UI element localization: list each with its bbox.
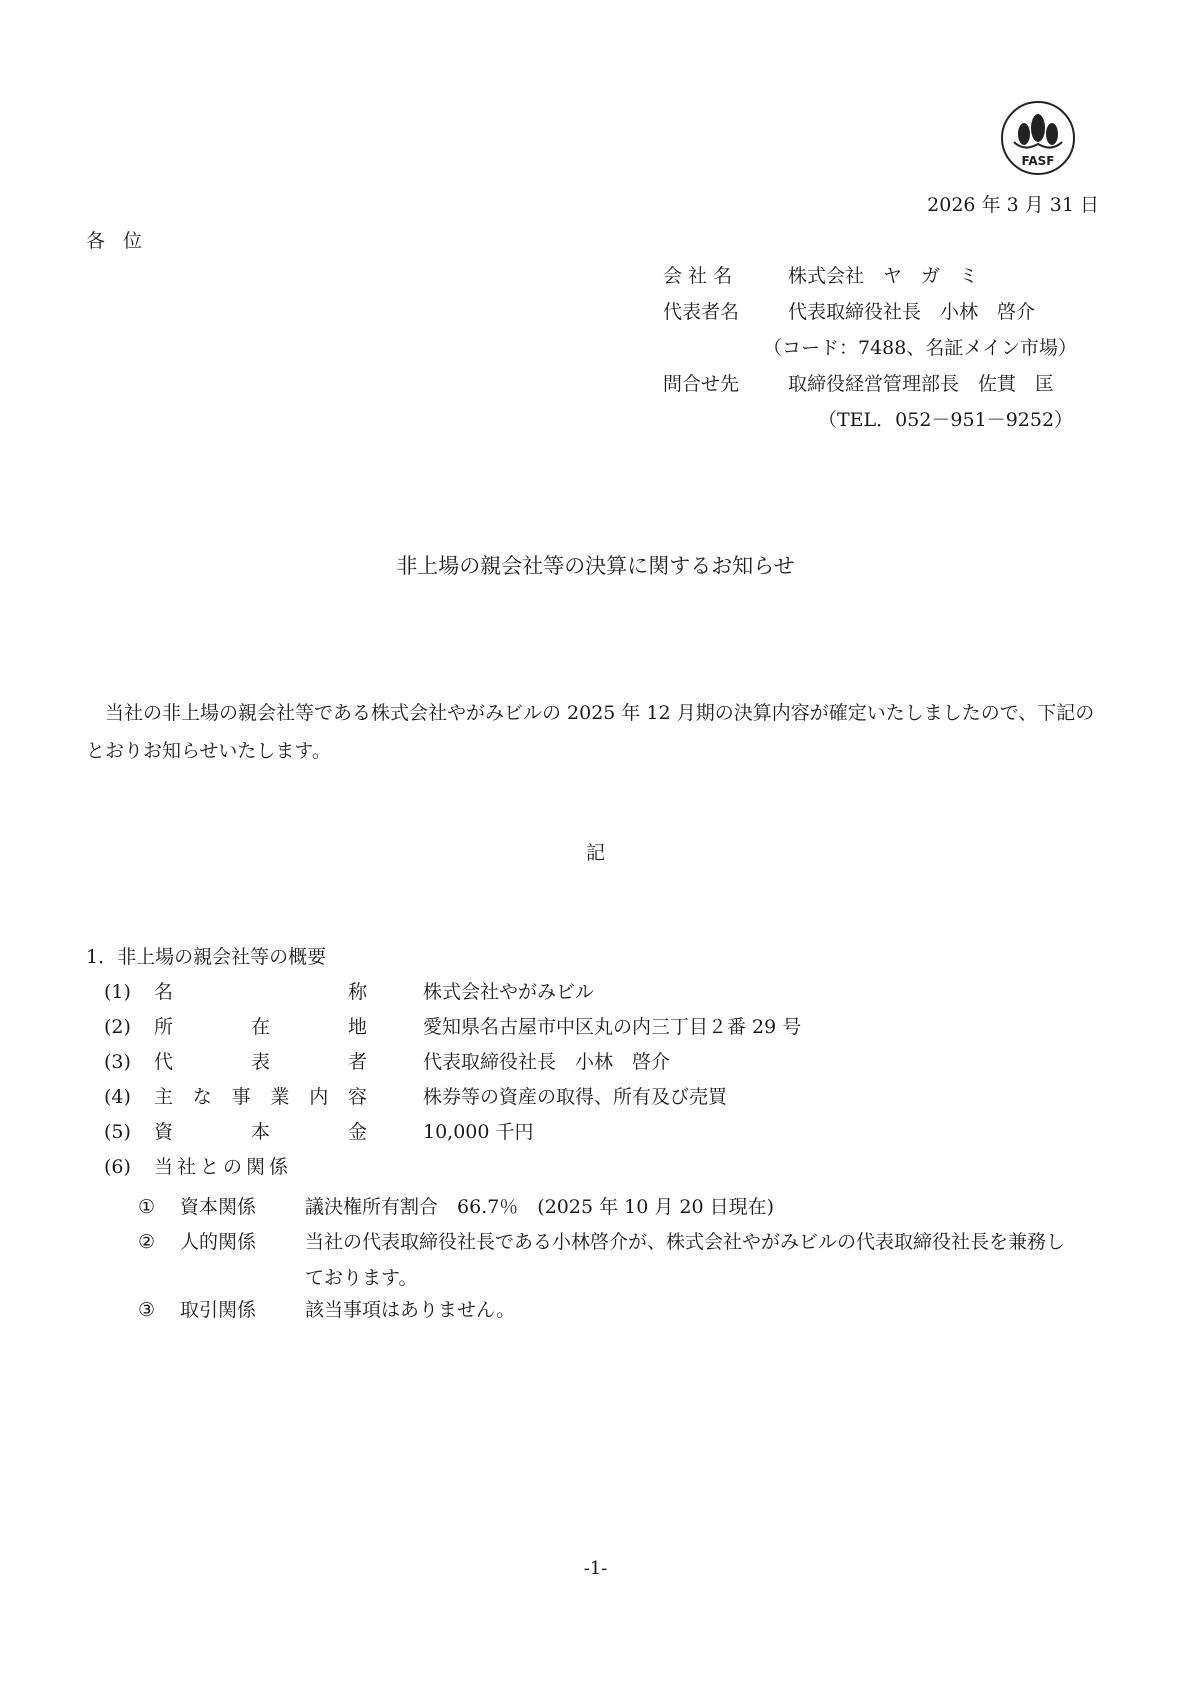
- sender-value: （コード：7488、名証メイン市場）: [763, 334, 1077, 370]
- item-label: 主 な 事 業 内 容: [154, 1083, 367, 1118]
- label-char: 本: [251, 1118, 270, 1153]
- fasf-member-logo-icon: FASF: [1000, 100, 1076, 176]
- subitem-label: 取引関係: [180, 1296, 305, 1331]
- document-date: 2026 年 3 月 31 日: [927, 190, 1099, 217]
- label-char: 容: [348, 1083, 367, 1118]
- item-number: (4): [104, 1083, 154, 1118]
- label-char: 業: [270, 1083, 289, 1118]
- item-number: (6): [104, 1153, 154, 1188]
- label-char: な: [193, 1083, 212, 1118]
- item-label: 当社との関係: [154, 1153, 454, 1188]
- sender-label: [663, 406, 818, 442]
- sender-value: 代表取締役社長 小林 啓介: [788, 298, 1035, 334]
- item-number: (3): [104, 1048, 154, 1083]
- item-value: 株式会社やがみビル: [423, 978, 594, 1013]
- label-char: 地: [348, 1013, 367, 1048]
- addressee: 各位: [86, 226, 160, 253]
- relationship-personnel: ② 人的関係 当社の代表取締役社長である小林啓介が、株式会社やがみビルの代表取締…: [138, 1228, 1105, 1296]
- overview-item-business: (4) 主 な 事 業 内 容 株券等の資産の取得、所有及び売買: [104, 1083, 801, 1118]
- label-char: 名: [154, 978, 173, 1013]
- overview-items: (1) 名 称 株式会社やがみビル (2) 所 在 地 愛知県名古屋市中区丸の内…: [104, 978, 801, 1188]
- sender-value: （TEL．052－951－9252）: [818, 406, 1073, 442]
- sender-label: 問合せ先: [663, 370, 788, 406]
- label-char: 内: [309, 1083, 328, 1118]
- item-number: (5): [104, 1118, 154, 1153]
- svg-text:FASF: FASF: [1022, 154, 1055, 168]
- sender-code-row: （コード：7488、名証メイン市場）: [663, 334, 1077, 370]
- relationship-transactions: ③ 取引関係 該当事項はありません。: [138, 1296, 1105, 1331]
- sender-company-row: 会 社 名 株式会社 ヤ ガ ミ: [663, 262, 1077, 298]
- subitem-value: 議決権所有割合 66.7％ (2025 年 10 月 20 日現在): [305, 1189, 1105, 1228]
- relationship-capital: ① 資本関係 議決権所有割合 66.7％ (2025 年 10 月 20 日現在…: [138, 1193, 1105, 1228]
- subitem-value: 当社の代表取締役社長である小林啓介が、株式会社やがみビルの代表取締役社長を兼務し…: [305, 1224, 1065, 1296]
- circled-number: ②: [138, 1228, 180, 1296]
- intro-paragraph: 当社の非上場の親会社等である株式会社やがみビルの 2025 年 12 月期の決算…: [86, 694, 1106, 770]
- overview-item-name: (1) 名 称 株式会社やがみビル: [104, 978, 801, 1013]
- item-label: 資 本 金: [154, 1118, 367, 1153]
- item-value: 株券等の資産の取得、所有及び売買: [423, 1083, 727, 1118]
- label-char: 事: [232, 1083, 251, 1118]
- item-value: 10,000 千円: [423, 1118, 534, 1153]
- sender-value: 取締役経営管理部長 佐貫 匡: [788, 370, 1054, 406]
- subitem-value: 該当事項はありません。: [305, 1292, 1105, 1331]
- item-number: (2): [104, 1013, 154, 1048]
- label-char: 主: [154, 1083, 173, 1118]
- label-char: 在: [251, 1013, 270, 1048]
- label-char: 表: [251, 1048, 270, 1083]
- item-value: 愛知県名古屋市中区丸の内三丁目２番 29 号: [423, 1013, 801, 1048]
- item-label: 代 表 者: [154, 1048, 367, 1083]
- item-label: 名 称: [154, 978, 367, 1013]
- document-title: 非上場の親会社等の決算に関するお知らせ: [0, 550, 1191, 580]
- item-label: 所 在 地: [154, 1013, 367, 1048]
- overview-item-relationship: (6) 当社との関係: [104, 1153, 801, 1188]
- sender-label: [663, 334, 763, 370]
- sender-block: 会 社 名 株式会社 ヤ ガ ミ 代表者名 代表取締役社長 小林 啓介 （コード…: [663, 262, 1077, 442]
- sender-value: 株式会社 ヤ ガ ミ: [788, 262, 978, 298]
- circled-number: ③: [138, 1296, 180, 1331]
- sender-label: 代表者名: [663, 298, 788, 334]
- sender-representative-row: 代表者名 代表取締役社長 小林 啓介: [663, 298, 1077, 334]
- item-value: 代表取締役社長 小林 啓介: [423, 1048, 670, 1083]
- overview-item-capital: (5) 資 本 金 10,000 千円: [104, 1118, 801, 1153]
- relationship-subitems: ① 資本関係 議決権所有割合 66.7％ (2025 年 10 月 20 日現在…: [138, 1193, 1105, 1331]
- label-char: 者: [348, 1048, 367, 1083]
- label-char: 金: [348, 1118, 367, 1153]
- subitem-label: 人的関係: [180, 1228, 305, 1296]
- section-heading: 1．非上場の親会社等の概要: [86, 942, 326, 969]
- ki-marker: 記: [0, 838, 1191, 865]
- sender-contact-row: 問合せ先 取締役経営管理部長 佐貫 匡: [663, 370, 1077, 406]
- label-char: 所: [154, 1013, 173, 1048]
- item-number: (1): [104, 978, 154, 1013]
- subitem-label: 資本関係: [180, 1193, 305, 1228]
- label-char: 資: [154, 1118, 173, 1153]
- label-char: 代: [154, 1048, 173, 1083]
- overview-item-address: (2) 所 在 地 愛知県名古屋市中区丸の内三丁目２番 29 号: [104, 1013, 801, 1048]
- circled-number: ①: [138, 1193, 180, 1228]
- page-number: -1-: [0, 1558, 1191, 1579]
- sender-tel-row: （TEL．052－951－9252）: [663, 406, 1077, 442]
- sender-label: 会 社 名: [663, 262, 788, 298]
- label-char: 称: [348, 978, 367, 1013]
- overview-item-representative: (3) 代 表 者 代表取締役社長 小林 啓介: [104, 1048, 801, 1083]
